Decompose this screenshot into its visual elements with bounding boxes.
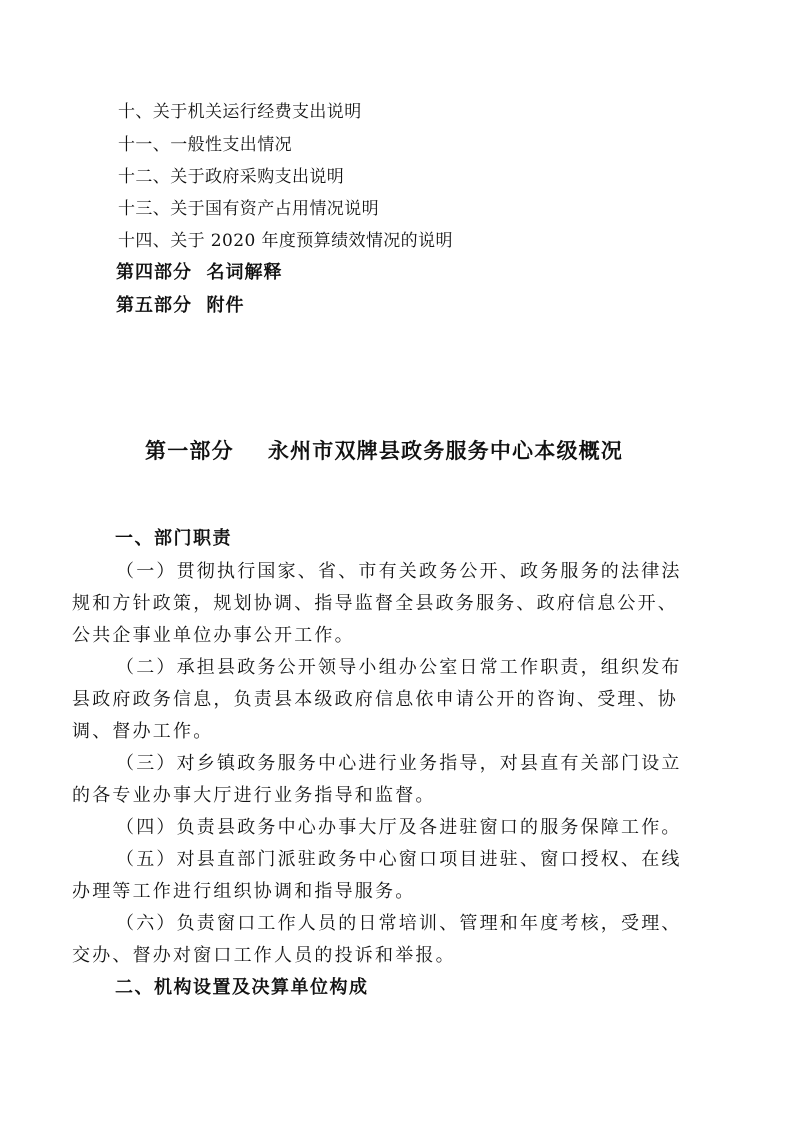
duty-2-line-2: 县政府政务信息，负责县本级政府信息依申请公开的咨询、受理、协 — [72, 689, 678, 711]
duty-1-line-3: 公共企事业单位办事公开工作。 — [72, 625, 355, 647]
duty-2-line-1: （二）承担县政务公开领导小组办公室日常工作职责，组织发布 — [116, 657, 682, 679]
toc-item-11: 十一、一般性支出情况 — [118, 134, 292, 156]
duty-5-line-1: （五）对县直部门派驻政务中心窗口项目进驻、窗口授权、在线 — [116, 849, 682, 871]
duty-6-line-1: （六）负责窗口工作人员的日常培训、管理和年度考核，受理、 — [116, 913, 682, 935]
toc-item-10: 十、关于机关运行经费支出说明 — [118, 101, 362, 123]
duty-3-line-1: （三）对乡镇政务服务中心进行业务指导，对县直有关部门设立 — [116, 753, 682, 775]
toc-part-4: 第四部分 名词解释 — [116, 262, 283, 284]
duty-5-line-2: 办理等工作进行组织协调和指导服务。 — [72, 881, 415, 903]
document-page: 十、关于机关运行经费支出说明 十一、一般性支出情况 十二、关于政府采购支出说明 … — [0, 0, 793, 1122]
duty-4-line-1: （四）负责县政务中心办事大厅及各进驻窗口的服务保障工作。 — [116, 817, 682, 839]
toc-part-5: 第五部分 附件 — [116, 295, 245, 317]
toc-item-14: 十四、关于 2020 年度预算绩效情况的说明 — [118, 230, 453, 252]
part-one-title: 第一部分 永州市双牌县政务服务中心本级概况 — [145, 440, 623, 462]
duty-2-line-3: 调、督办工作。 — [72, 721, 213, 743]
toc-item-12: 十二、关于政府采购支出说明 — [118, 166, 344, 188]
section-heading-organization: 二、机构设置及决算单位构成 — [115, 977, 369, 999]
duty-1-line-2: 规和方针政策，规划协调、指导监督全县政务服务、政府信息公开、 — [72, 593, 678, 615]
section-heading-duties: 一、部门职责 — [115, 528, 232, 550]
duty-3-line-2: 的各专业办事大厅进行业务指导和监督。 — [72, 785, 436, 807]
duty-1-line-1: （一）贯彻执行国家、省、市有关政务公开、政务服务的法律法 — [116, 561, 682, 583]
toc-item-13: 十三、关于国有资产占用情况说明 — [118, 198, 379, 220]
duty-6-line-2: 交办、督办对窗口工作人员的投诉和举报。 — [72, 945, 456, 967]
